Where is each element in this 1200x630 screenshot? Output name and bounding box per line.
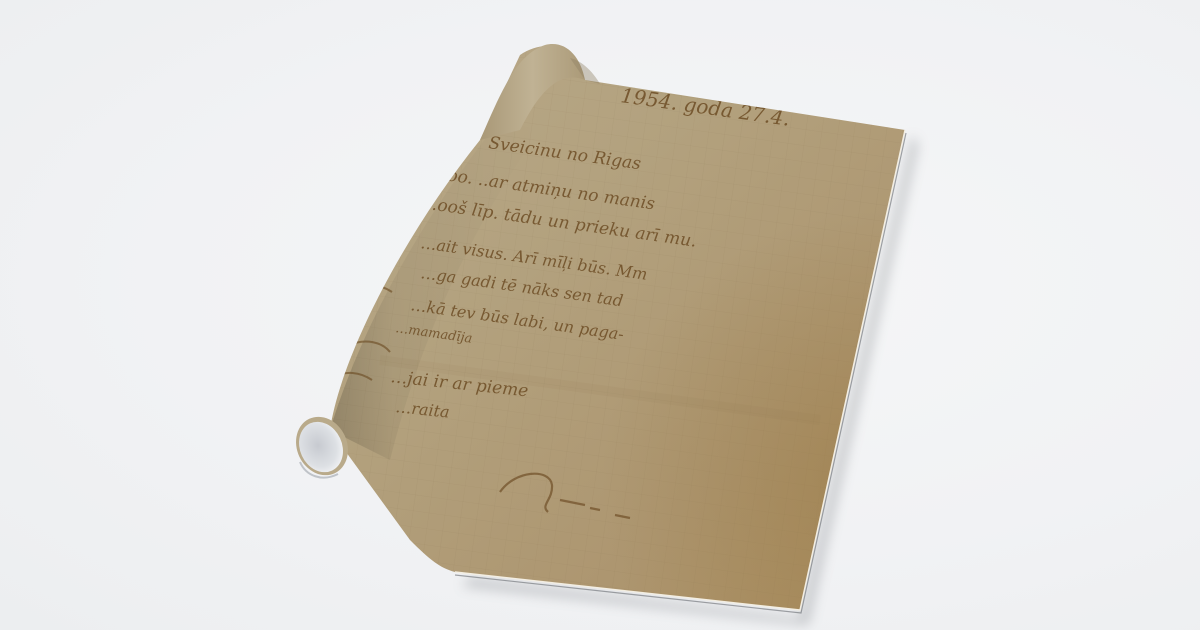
- wrapping-paper-photo: 1954. goda 27.4. Sveicinu no Rigas …oo. …: [0, 0, 1200, 630]
- paper-sheet: 1954. goda 27.4. Sveicinu no Rigas …oo. …: [300, 30, 940, 630]
- photo-background: 1954. goda 27.4. Sveicinu no Rigas …oo. …: [0, 0, 1200, 630]
